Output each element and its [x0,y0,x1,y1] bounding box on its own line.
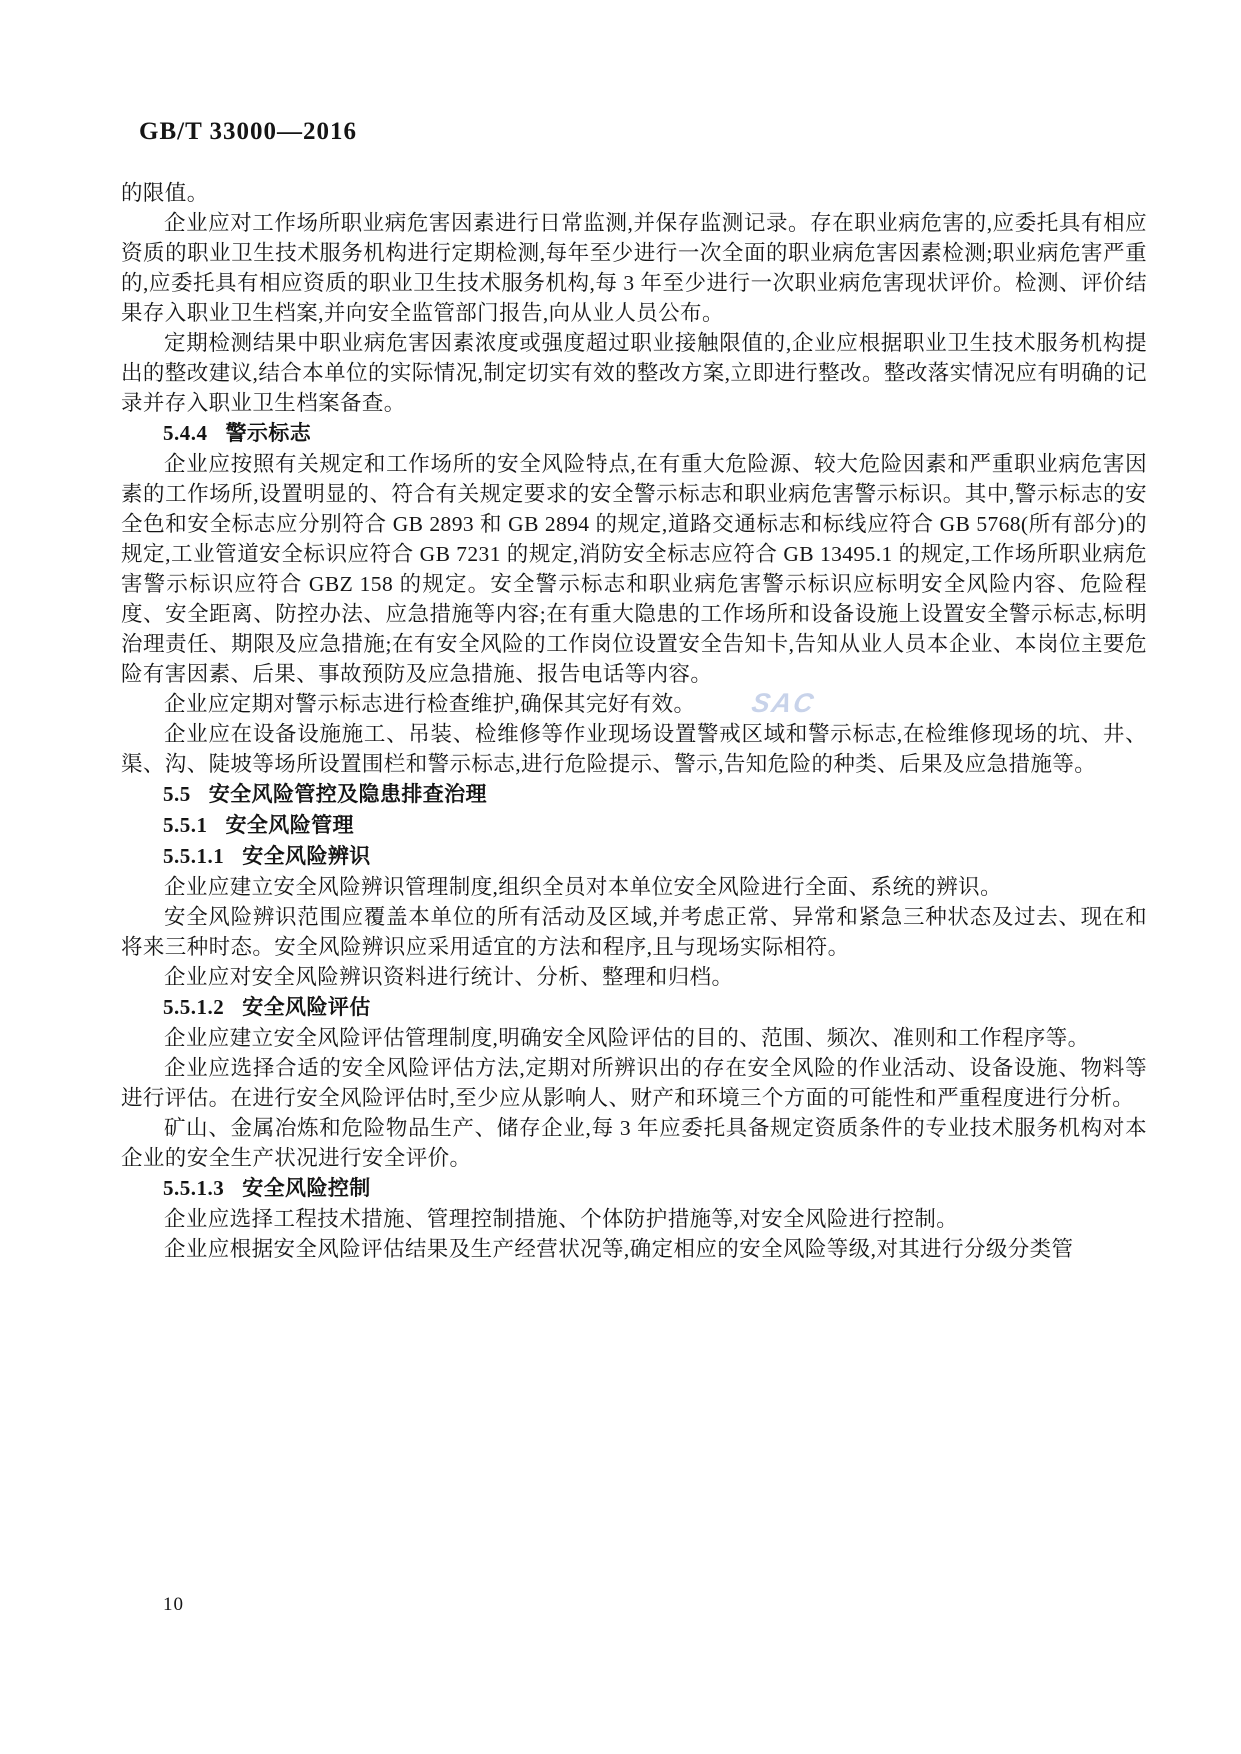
section-heading-5-5: 5.5安全风险管控及隐患排查治理 [121,779,1147,810]
section-number: 5.5.1 [163,813,208,837]
section-number: 5.4.4 [163,421,208,445]
section-number: 5.5.1.1 [163,844,224,868]
section-heading-5-5-1: 5.5.1安全风险管理 [121,810,1147,841]
paragraph: 企业应按照有关规定和工作场所的安全风险特点,在有重大危险源、较大危险因素和严重职… [121,449,1147,689]
paragraph: 企业应选择合适的安全风险评估方法,定期对所辨识出的存在安全风险的作业活动、设备设… [121,1053,1147,1113]
paragraph: 矿山、金属冶炼和危险物品生产、储存企业,每 3 年应委托具备规定资质条件的专业技… [121,1113,1147,1173]
paragraph: 企业应建立安全风险评估管理制度,明确安全风险评估的目的、范围、频次、准则和工作程… [121,1023,1147,1053]
paragraph: 企业应在设备设施施工、吊装、检维修等作业现场设置警戒区域和警示标志,在检维修现场… [121,719,1147,779]
paragraph-continued: 的限值。 [121,178,1147,208]
section-number: 5.5 [163,782,191,806]
paragraph: 企业应根据安全风险评估结果及生产经营状况等,确定相应的安全风险等级,对其进行分级… [121,1234,1147,1264]
page-number: 10 [163,1594,184,1616]
section-title: 警示标志 [226,422,312,445]
section-heading-5-4-4: 5.4.4警示标志 [121,418,1147,449]
document-page: GB/T 33000—2016 的限值。 企业应对工作场所职业病危害因素进行日常… [0,0,1241,1754]
section-title: 安全风险控制 [242,1177,370,1200]
document-body: 的限值。 企业应对工作场所职业病危害因素进行日常监测,并保存监测记录。存在职业病… [121,178,1147,1264]
section-title: 安全风险辨识 [242,845,370,868]
section-heading-5-5-1-2: 5.5.1.2安全风险评估 [121,992,1147,1023]
paragraph: 安全风险辨识范围应覆盖本单位的所有活动及区域,并考虑正常、异常和紧急三种状态及过… [121,902,1147,962]
paragraph: 企业应选择工程技术措施、管理控制措施、个体防护措施等,对安全风险进行控制。 [121,1204,1147,1234]
section-number: 5.5.1.3 [163,1176,224,1200]
paragraph: 企业应对工作场所职业病危害因素进行日常监测,并保存监测记录。存在职业病危害的,应… [121,208,1147,328]
paragraph: 企业应建立安全风险辨识管理制度,组织全员对本单位安全风险进行全面、系统的辨识。 [121,872,1147,902]
paragraph: 企业应对安全风险辨识资料进行统计、分析、整理和归档。 [121,962,1147,992]
paragraph: 企业应定期对警示标志进行检查维护,确保其完好有效。 [121,689,1147,719]
section-number: 5.5.1.2 [163,995,224,1019]
section-title: 安全风险管理 [226,814,354,837]
section-title: 安全风险管控及隐患排查治理 [209,783,487,806]
paragraph: 定期检测结果中职业病危害因素浓度或强度超过职业接触限值的,企业应根据职业卫生技术… [121,328,1147,418]
section-heading-5-5-1-1: 5.5.1.1安全风险辨识 [121,841,1147,872]
document-number: GB/T 33000—2016 [139,118,357,146]
section-heading-5-5-1-3: 5.5.1.3安全风险控制 [121,1173,1147,1204]
section-title: 安全风险评估 [242,996,370,1019]
